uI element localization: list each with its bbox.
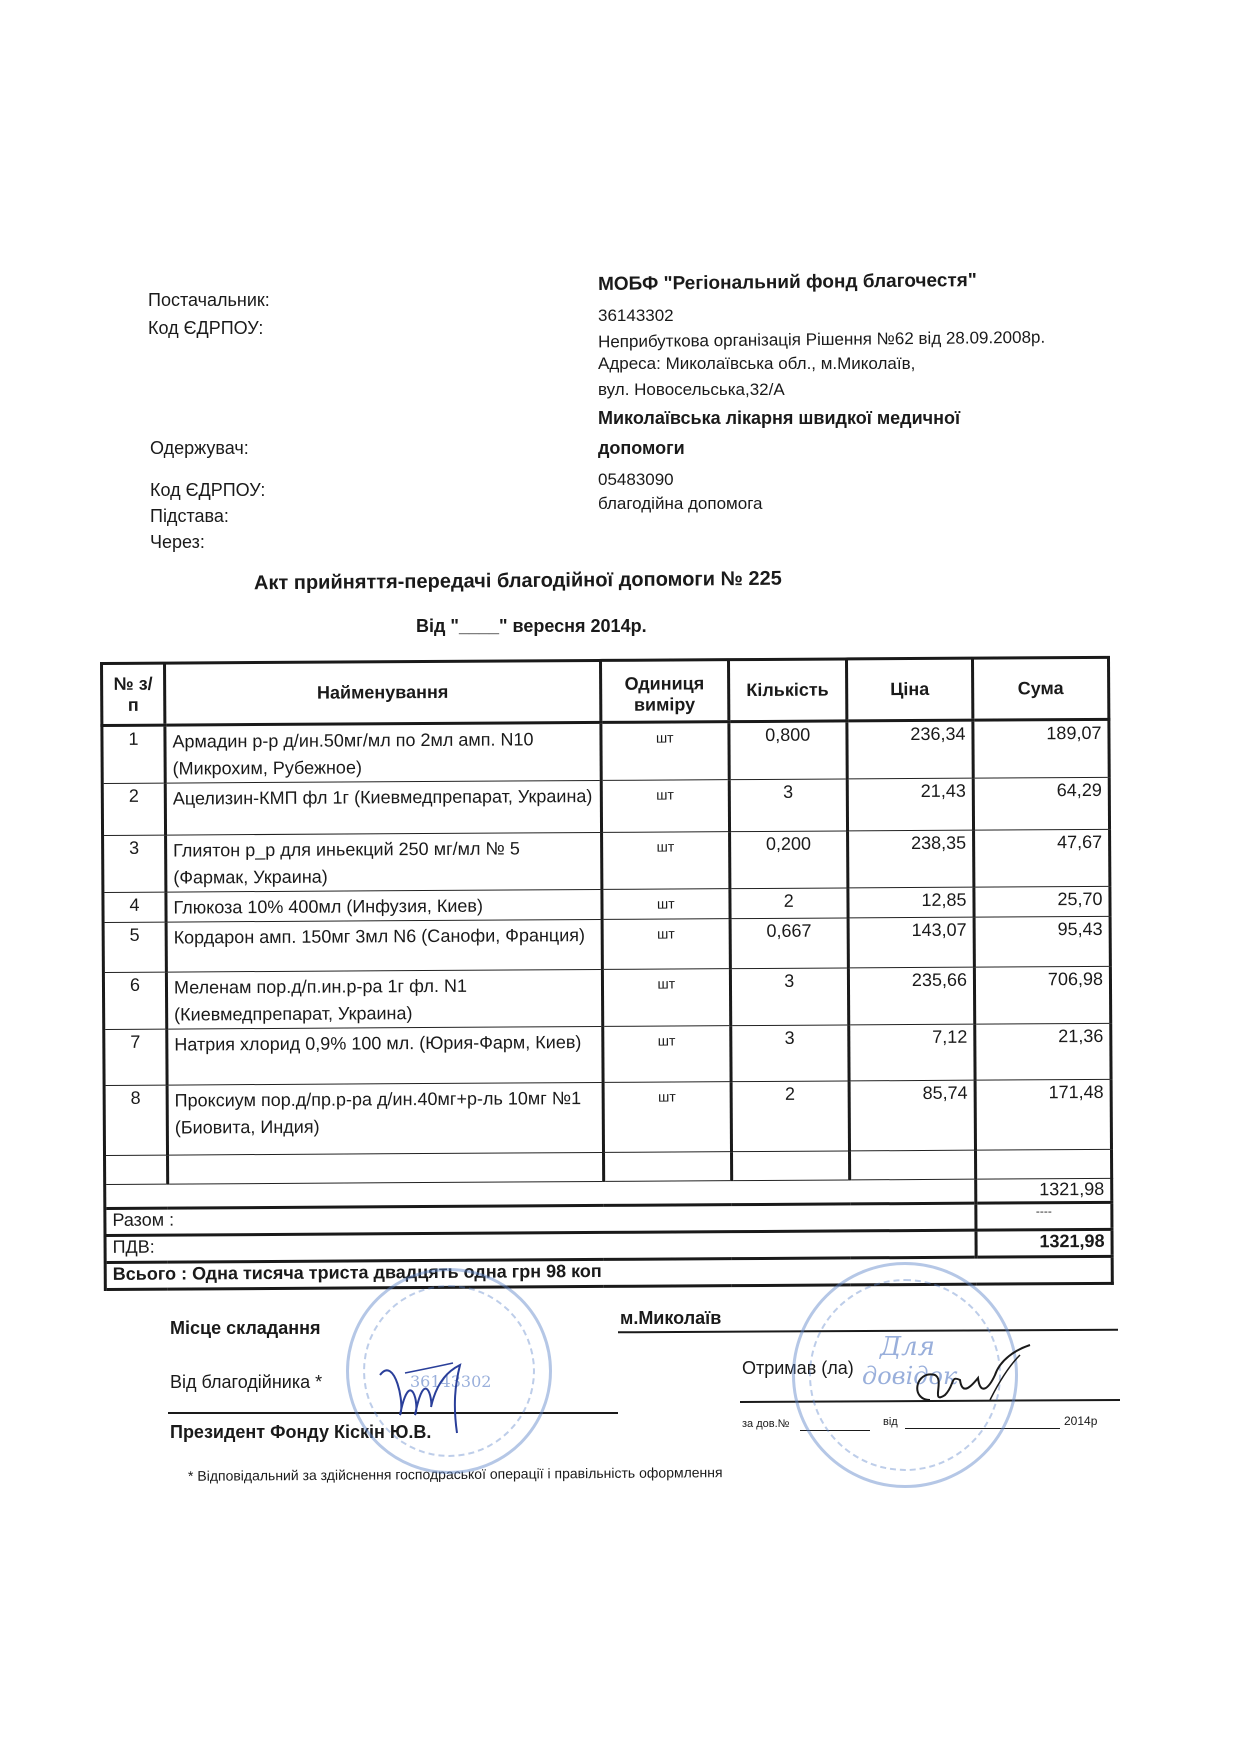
recipient-name-line1: Миколаївська лікарня швидкої медичної (598, 408, 960, 429)
header-num: № з/п (102, 663, 165, 725)
row-unit: шт (601, 780, 729, 833)
row-num: 5 (103, 922, 166, 972)
recipient-signature (900, 1340, 1040, 1420)
table-row: 7Натрия хлорид 0,9% 100 мл. (Юрия-Фарм, … (104, 1023, 1111, 1085)
row-num: 4 (103, 892, 166, 922)
row-name: Меленам пор.д/п.ин.р-ра 1г фл. N1 (Киевм… (166, 969, 602, 1029)
row-unit: шт (602, 919, 730, 970)
row-qty: 2 (731, 1081, 850, 1152)
row-price: 235,66 (848, 967, 974, 1025)
row-unit: шт (603, 1082, 731, 1153)
row-price: 238,35 (848, 830, 974, 888)
row-unit: шт (601, 722, 729, 781)
proxy-year: 2014р (1064, 1414, 1097, 1428)
row-sum: 25,70 (974, 886, 1110, 917)
row-name: Глиятон р_р для иньекций 250 мг/мл № 5 (… (166, 832, 602, 892)
row-qty: 3 (730, 968, 849, 1026)
row-unit: шт (602, 969, 730, 1027)
table-row: 6Меленам пор.д/п.ин.р-ра 1г фл. N1 (Киев… (103, 966, 1110, 1029)
row-unit: шт (602, 832, 730, 890)
row-sum: 706,98 (974, 966, 1110, 1024)
row-sum: 171,48 (975, 1079, 1111, 1150)
row-sum: 95,43 (974, 916, 1110, 967)
supplier-code-label: Код ЄДРПОУ: (148, 318, 263, 339)
row-name: Проксиум пор.д/пр.р-ра д/ин.40мг+р-ль 10… (167, 1082, 603, 1155)
header-unit: Одиниця виміру (600, 660, 728, 723)
row-name: Армадин р-р д/ин.50мг/мл по 2мл амп. N10… (165, 722, 601, 783)
row-sum: 189,07 (973, 719, 1109, 778)
row-qty: 0,200 (729, 831, 848, 889)
row-qty: 2 (729, 888, 848, 919)
row-qty: 3 (730, 1025, 849, 1082)
header-name: Найменування (164, 660, 600, 725)
row-price: 143,07 (848, 917, 974, 968)
row-sum: 47,67 (974, 829, 1110, 887)
row-qty: 0,800 (728, 721, 847, 780)
row-num: 6 (103, 972, 166, 1029)
proxy-label: за дов.№ (742, 1418, 789, 1430)
row-qty: 3 (729, 779, 848, 832)
donor-signature (375, 1345, 475, 1435)
row-sum: 64,29 (973, 777, 1109, 830)
items-table: № з/п Найменування Одиниця виміру Кількі… (100, 656, 1114, 1291)
row-num: 7 (104, 1029, 167, 1085)
row-name: Глюкоза 10% 400мл (Инфузия, Киев) (166, 889, 602, 922)
recipient-code: 05483090 (598, 470, 674, 490)
document-date: Від "____" вересня 2014р. (416, 616, 647, 637)
row-sum: 21,36 (975, 1023, 1111, 1080)
table-header-row: № з/п Найменування Одиниця виміру Кількі… (102, 657, 1109, 725)
header-qty: Кількість (728, 659, 847, 722)
row-price: 12,85 (848, 887, 974, 918)
row-unit: шт (603, 1026, 731, 1083)
supplier-label: Постачальник: (148, 290, 270, 311)
supplier-name: МОБФ "Регіональний фонд благочестя" (598, 270, 977, 296)
via-label: Через: (150, 532, 205, 553)
row-price: 85,74 (849, 1080, 975, 1151)
supplier-address-line1: Адреса: Миколаївська обл., м.Миколаїв, (598, 354, 915, 374)
recipient-basis: благодійна допомога (598, 494, 762, 514)
row-name: Натрия хлорид 0,9% 100 мл. (Юрия-Фарм, К… (167, 1026, 603, 1085)
row-num: 3 (103, 835, 166, 892)
table-row: 2Ацелизин-КМП фл 1г (Киевмедпрепарат, Ук… (102, 777, 1109, 835)
row-num: 1 (102, 725, 165, 783)
vat-value: 1321,98 (976, 1229, 1112, 1257)
basis-label: Підстава: (150, 506, 229, 527)
header-sum: Сума (972, 657, 1108, 720)
place-label: Місце складання (170, 1318, 320, 1339)
table-row: 1Армадин р-р д/ин.50мг/мл по 2мл амп. N1… (102, 719, 1109, 783)
table-row: 5Кордарон амп. 150мг 3мл N6 (Санофи, Фра… (103, 916, 1110, 972)
razom-value: ---- (976, 1202, 1112, 1230)
row-name: Ацелизин-КМП фл 1г (Киевмедпрепарат, Укр… (165, 780, 601, 835)
table-row: 3Глиятон р_р для иньекций 250 мг/мл № 5 … (103, 829, 1110, 892)
donor-label: Від благодійника * (170, 1372, 322, 1393)
supplier-address-line2: вул. Новосельська,32/А (598, 380, 785, 400)
row-price: 236,34 (847, 720, 973, 779)
supplier-code: 36143302 (598, 306, 674, 326)
document-title: Акт прийняття-передачі благодійної допом… (254, 568, 782, 596)
row-price: 21,43 (847, 778, 973, 831)
row-qty: 0,667 (730, 918, 849, 969)
supplier-status: Неприбуткова організація Рішення №62 від… (598, 328, 1045, 353)
recipient-code-label: Код ЄДРПОУ: (150, 480, 265, 501)
header-price: Ціна (847, 658, 973, 721)
place-value: м.Миколаїв (620, 1308, 721, 1329)
row-num: 8 (104, 1085, 167, 1155)
recipient-name-line2: допомоги (598, 438, 685, 459)
row-unit: шт (602, 889, 730, 920)
row-price: 7,12 (849, 1024, 975, 1081)
table-row: 8Проксиум пор.д/пр.р-ра д/ин.40мг+р-ль 1… (104, 1079, 1111, 1155)
recipient-label: Одержувач: (150, 438, 249, 459)
row-num: 2 (102, 783, 165, 835)
row-name: Кордарон амп. 150мг 3мл N6 (Санофи, Фран… (166, 919, 602, 972)
subtotal-value: 1321,98 (976, 1178, 1112, 1203)
